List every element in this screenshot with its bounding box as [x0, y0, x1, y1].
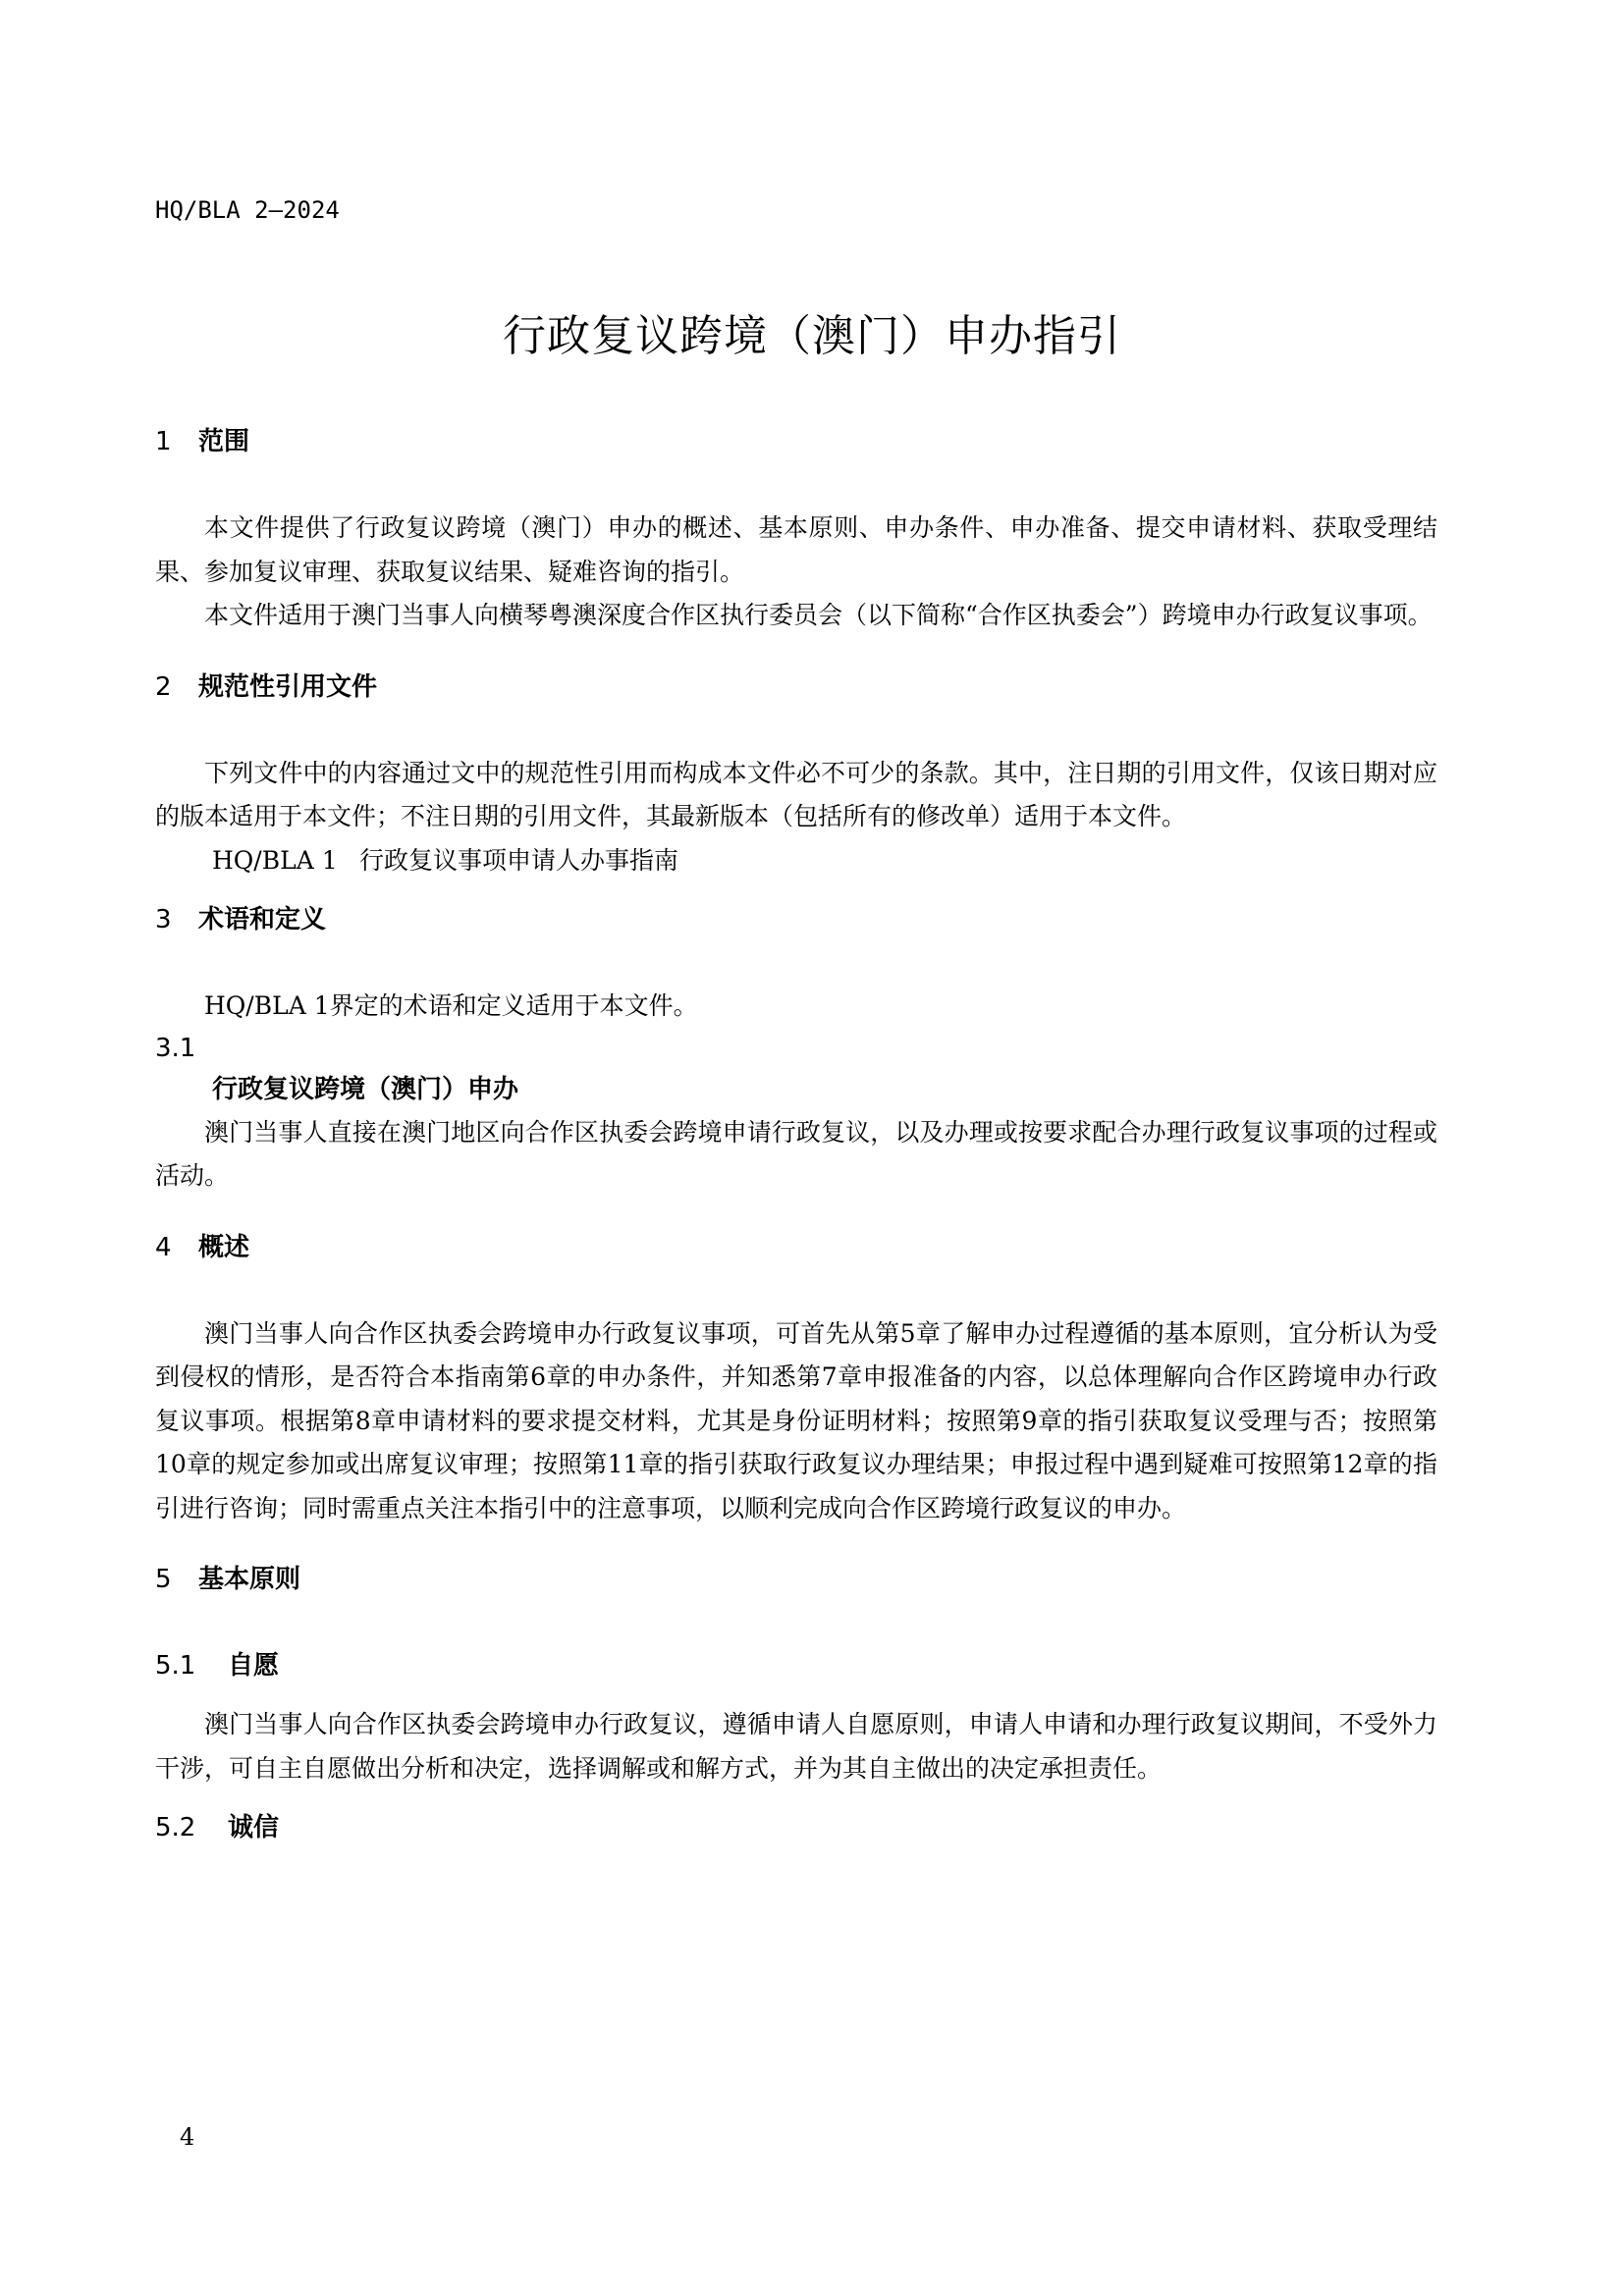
section-title: 规范性引用文件: [198, 672, 377, 702]
paragraph: HQ/BLA 1界定的术语和定义适用于本文件。: [155, 985, 1437, 1029]
term-definition: 澳门当事人直接在澳门地区向合作区执委会跨境申请行政复议，以及办理或按要求配合办理…: [155, 1111, 1437, 1199]
term-number: 3.1: [155, 1029, 1437, 1068]
subsection-title: 诚信: [228, 1813, 279, 1842]
subsection-number: 5.1: [155, 1644, 228, 1687]
subsection-heading-integrity: 5.2诚信: [155, 1806, 1437, 1849]
section-number: 2: [155, 666, 198, 709]
section-title: 术语和定义: [198, 905, 326, 934]
document-code: HQ/BLA 2—2024: [155, 196, 340, 224]
section-number: 5: [155, 1558, 198, 1601]
section-heading-scope: 1范围: [155, 420, 1437, 463]
reference-item: HQ/BLA 1行政复议事项申请人办事指南: [155, 839, 1437, 883]
section-heading-basic-principles: 5基本原则: [155, 1558, 1437, 1601]
reference-title: 行政复议事项申请人办事指南: [359, 846, 678, 875]
section-number: 1: [155, 420, 198, 463]
subsection-heading-voluntary: 5.1自愿: [155, 1644, 1437, 1687]
section-heading-overview: 4概述: [155, 1226, 1437, 1269]
reference-code: HQ/BLA 1: [212, 839, 359, 883]
section-number: 3: [155, 898, 198, 941]
section-title: 范围: [198, 427, 249, 456]
section-title: 基本原则: [198, 1565, 300, 1594]
section-heading-normative-references: 2规范性引用文件: [155, 666, 1437, 709]
subsection-title: 自愿: [228, 1651, 279, 1681]
paragraph: 澳门当事人向合作区执委会跨境申办行政复议，遵循申请人自愿原则，申请人申请和办理行…: [155, 1703, 1437, 1790]
section-heading-terms: 3术语和定义: [155, 898, 1437, 941]
section-title: 概述: [198, 1233, 249, 1262]
page-number: 4: [180, 2123, 194, 2151]
subsection-number: 5.2: [155, 1806, 228, 1849]
paragraph: 澳门当事人向合作区执委会跨境申办行政复议事项，可首先从第5章了解申办过程遵循的基…: [155, 1312, 1437, 1531]
term-title: 行政复议跨境（澳门）申办: [155, 1068, 1437, 1111]
paragraph: 本文件提供了行政复议跨境（澳门）申办的概述、基本原则、申办条件、申办准备、提交申…: [155, 507, 1437, 594]
paragraph: 本文件适用于澳门当事人向横琴粤澳深度合作区执行委员会（以下简称“合作区执委会”）…: [155, 594, 1437, 638]
document-page: HQ/BLA 2—2024 行政复议跨境（澳门）申办指引 1范围 本文件提供了行…: [0, 0, 1624, 2296]
section-number: 4: [155, 1226, 198, 1269]
document-body: 1范围 本文件提供了行政复议跨境（澳门）申办的概述、基本原则、申办条件、申办准备…: [155, 420, 1437, 1849]
document-title: 行政复议跨境（澳门）申办指引: [0, 300, 1624, 363]
paragraph: 下列文件中的内容通过文中的规范性引用而构成本文件必不可少的条款。其中，注日期的引…: [155, 752, 1437, 839]
